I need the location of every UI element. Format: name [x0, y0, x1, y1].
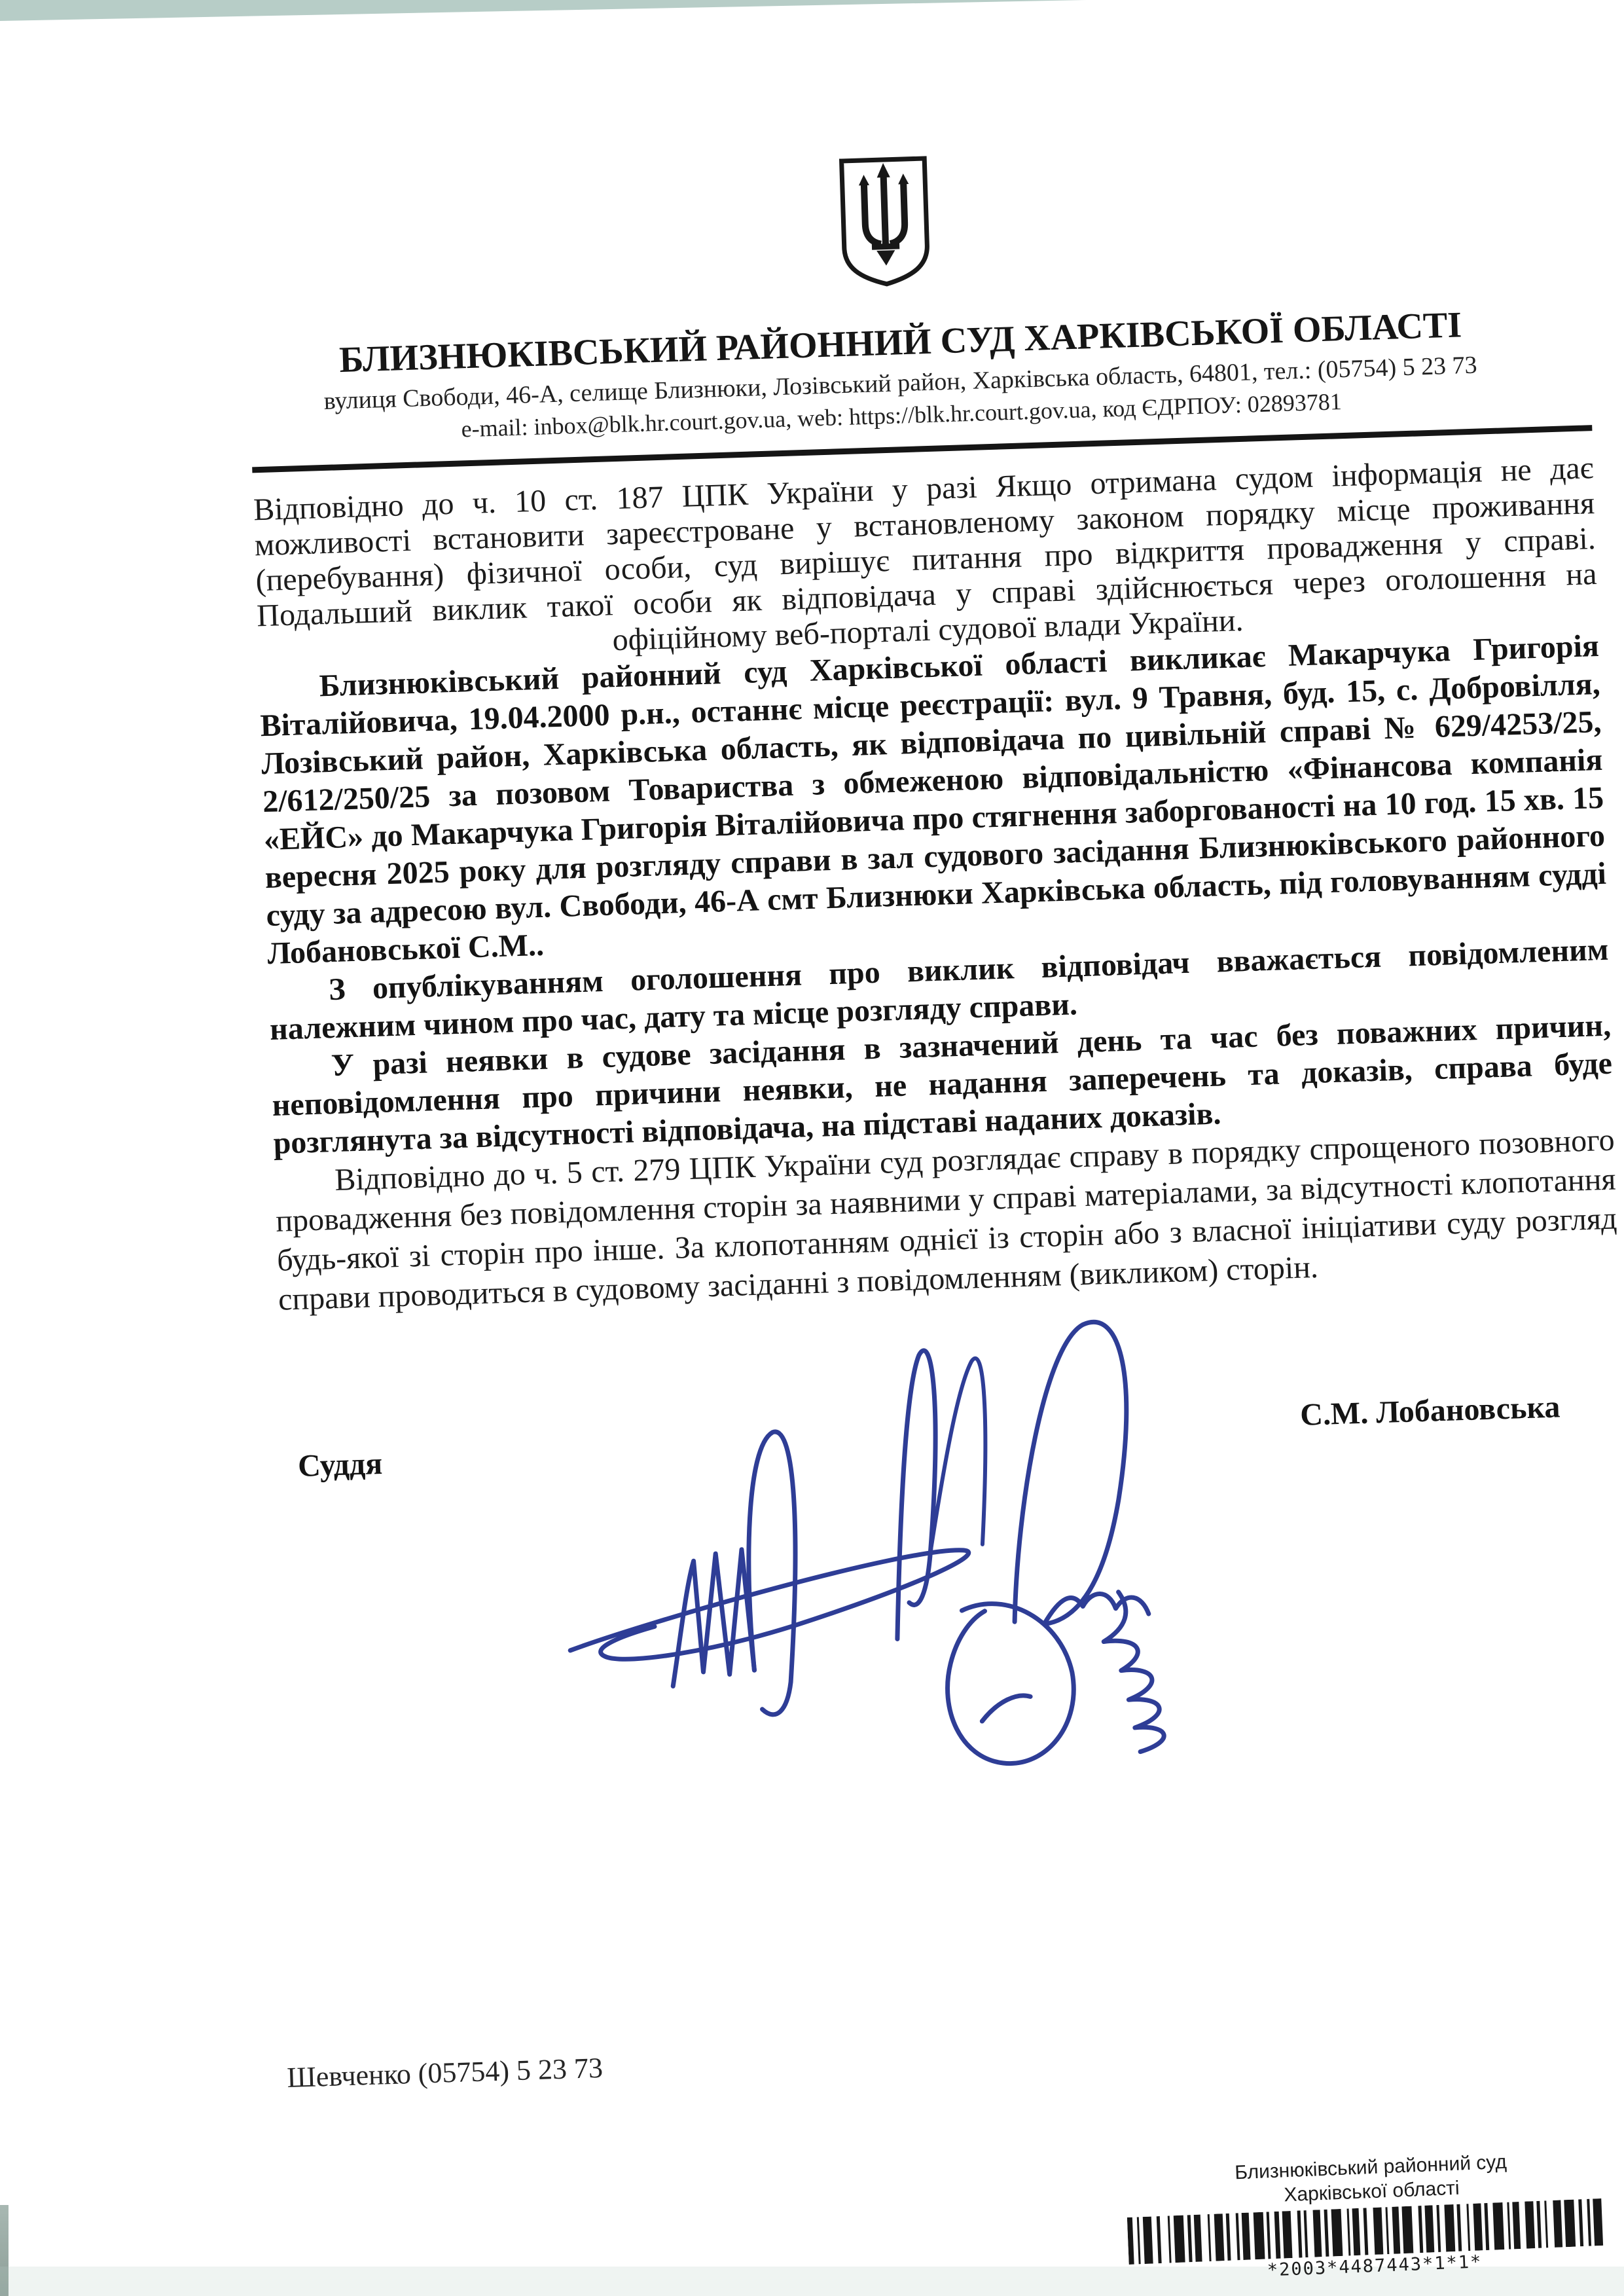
ukraine-trident-coat-of-arms-icon	[833, 153, 937, 291]
clerk-phone-line: Шевченко (05754) 5 23 73	[287, 2051, 604, 2094]
scanner-edge-artifact-top	[0, 0, 1087, 21]
letterhead: БЛИЗНЮКІВСЬКИЙ РАЙОННИЙ СУД ХАРКІВСЬКОЇ …	[243, 132, 1591, 449]
judge-role-label: Суддя	[297, 1446, 383, 1484]
scanned-court-document-page: БЛИЗНЮКІВСЬКИЙ РАЙОННИЙ СУД ХАРКІВСЬКОЇ …	[0, 0, 1624, 2296]
judge-name: С.М. Лобановська	[1299, 1389, 1561, 1433]
court-registration-stamp: Близнюківський районний суд Харківської …	[1125, 2145, 1621, 2286]
paragraph-summons-details: Близнюківський районний суд Харківської …	[259, 627, 1608, 973]
judge-signature-ink	[545, 1262, 1191, 1795]
